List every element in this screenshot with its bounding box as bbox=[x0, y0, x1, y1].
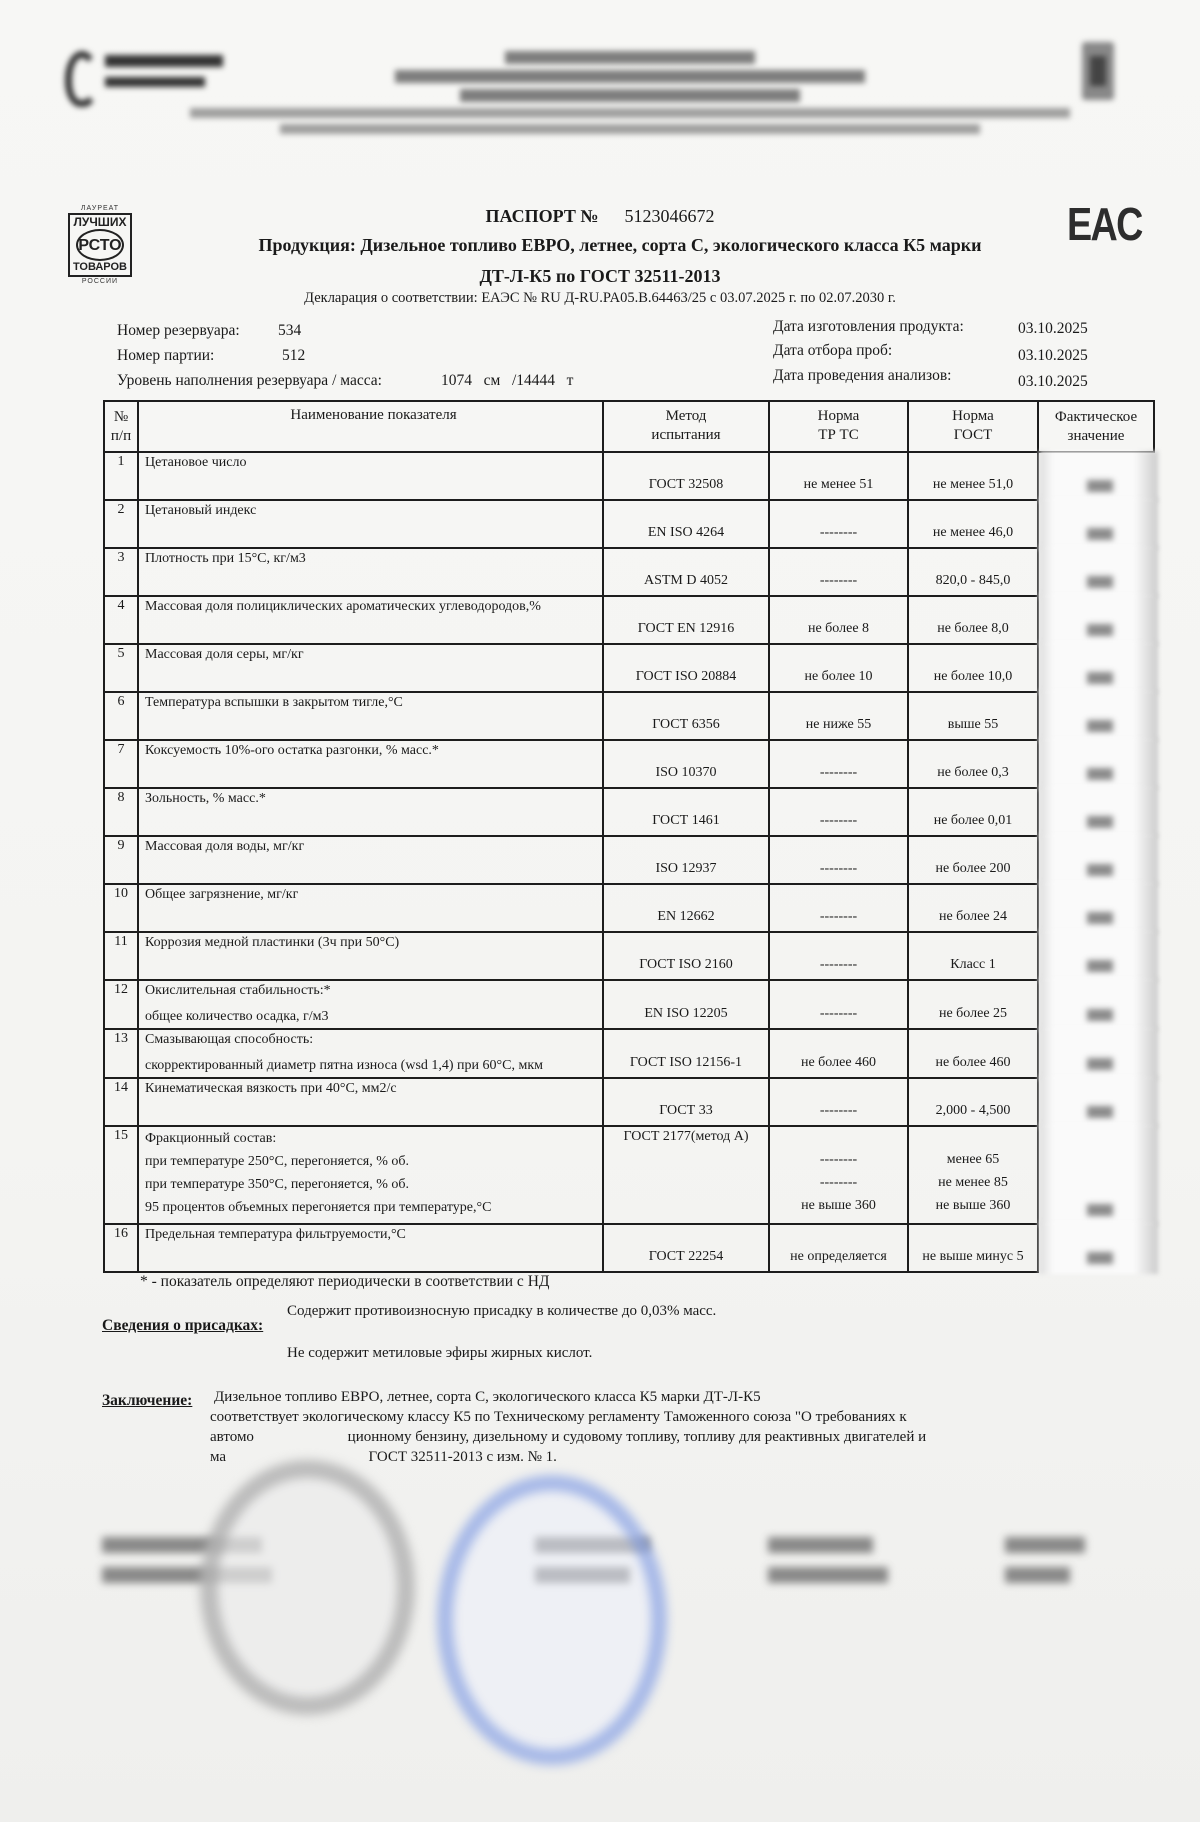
norm-gost: 2,000 - 4,500 bbox=[908, 1078, 1038, 1126]
additives-line1: Содержит противоизносную присадку в коли… bbox=[287, 1303, 716, 1320]
indicator-name: Коррозия медной пластинки (3ч при 50°C) bbox=[138, 932, 603, 980]
indicator-name: Предельная температура фильтруемости,°C bbox=[138, 1224, 603, 1272]
manufacture-date-label: Дата изготовления продукта: bbox=[773, 318, 964, 336]
table-row: 9Массовая доля воды, мг/кгISO 12937-----… bbox=[104, 836, 1154, 884]
conclusion-text: Дизельное топливо ЕВРО, летнее, сорта С,… bbox=[210, 1387, 1030, 1467]
tank-number-value: 534 bbox=[278, 322, 301, 340]
fill-level-value: 1074 см /14444 т bbox=[441, 372, 573, 390]
indicator-name: Цетановый индекс bbox=[138, 500, 603, 548]
norm-gost: Класс 1 bbox=[908, 932, 1038, 980]
test-method: ГОСТ 32508 bbox=[603, 452, 769, 500]
test-method: EN ISO 4264 bbox=[603, 500, 769, 548]
certificate-icon bbox=[1082, 42, 1114, 100]
norm-trts: не более 10 bbox=[769, 644, 908, 692]
issue-date-label bbox=[768, 1537, 873, 1553]
table-row: 1Цетановое числоГОСТ 32508не менее 51не … bbox=[104, 452, 1154, 500]
actual-value-redacted bbox=[1038, 596, 1154, 644]
header-name: Наименование показателя bbox=[138, 401, 603, 452]
table-row: 2Цетановый индексEN ISO 4264--------не м… bbox=[104, 500, 1154, 548]
table-row: 8Зольность, % масс.*ГОСТ 1461--------не … bbox=[104, 788, 1154, 836]
actual-value-redacted bbox=[1038, 1224, 1154, 1272]
row-number: 14 bbox=[104, 1078, 138, 1126]
declaration: Декларация о соответствии: ЕАЭС № RU Д-R… bbox=[0, 290, 1200, 307]
row-number: 13 bbox=[104, 1029, 138, 1078]
indicator-name: Фракционный состав:при температуре 250°C… bbox=[138, 1126, 603, 1224]
results-table: №п/п Наименование показателя Методиспыта… bbox=[103, 400, 1155, 1273]
header-actual-value: Фактическоезначение bbox=[1038, 401, 1154, 452]
header-method: Методиспытания bbox=[603, 401, 769, 452]
norm-trts: не более 8 bbox=[769, 596, 908, 644]
issue-time-label bbox=[768, 1567, 888, 1583]
table-row: 16Предельная температура фильтруемости,°… bbox=[104, 1224, 1154, 1272]
norm-gost: не выше минус 5 bbox=[908, 1224, 1038, 1272]
norm-trts: не менее 51 bbox=[769, 452, 908, 500]
norm-trts: -------- bbox=[769, 548, 908, 596]
batch-number-value: 512 bbox=[282, 347, 305, 365]
test-method: EN 12662 bbox=[603, 884, 769, 932]
actual-value-redacted bbox=[1038, 788, 1154, 836]
row-number: 4 bbox=[104, 596, 138, 644]
test-method: ASTM D 4052 bbox=[603, 548, 769, 596]
table-row: 3Плотность при 15°C, кг/м3ASTM D 4052---… bbox=[104, 548, 1154, 596]
actual-value-redacted bbox=[1038, 932, 1154, 980]
sampling-date-value: 03.10.2025 bbox=[1018, 347, 1088, 365]
indicator-name: Плотность при 15°C, кг/м3 bbox=[138, 548, 603, 596]
norm-gost: не более 200 bbox=[908, 836, 1038, 884]
test-method: ISO 10370 bbox=[603, 740, 769, 788]
actual-value-redacted bbox=[1038, 1126, 1154, 1224]
norm-gost: не менее 51,0 bbox=[908, 452, 1038, 500]
table-row: 15Фракционный состав:при температуре 250… bbox=[104, 1126, 1154, 1224]
actual-value-redacted bbox=[1038, 548, 1154, 596]
indicator-name: Окислительная стабильность:*общее количе… bbox=[138, 980, 603, 1029]
row-number: 12 bbox=[104, 980, 138, 1029]
table-row: 5Массовая доля серы, мг/кгГОСТ ISO 20884… bbox=[104, 644, 1154, 692]
norm-trts: не ниже 55 bbox=[769, 692, 908, 740]
norm-trts: ----------------не выше 360 bbox=[769, 1126, 908, 1224]
norm-trts: -------- bbox=[769, 932, 908, 980]
sampling-date-label: Дата отбора проб: bbox=[773, 342, 892, 360]
norm-trts: -------- bbox=[769, 788, 908, 836]
row-number: 6 bbox=[104, 692, 138, 740]
norm-trts: -------- bbox=[769, 740, 908, 788]
norm-gost: менее 65не менее 85не выше 360 bbox=[908, 1126, 1038, 1224]
test-method: ГОСТ ISO 2160 bbox=[603, 932, 769, 980]
row-number: 10 bbox=[104, 884, 138, 932]
indicator-name: Кинематическая вязкость при 40°C, мм2/с bbox=[138, 1078, 603, 1126]
row-number: 11 bbox=[104, 932, 138, 980]
norm-gost: не более 460 bbox=[908, 1029, 1038, 1078]
blue-stamp bbox=[437, 1475, 667, 1765]
table-row: 6Температура вспышки в закрытом тигле,°C… bbox=[104, 692, 1154, 740]
row-number: 5 bbox=[104, 644, 138, 692]
actual-value-redacted bbox=[1038, 692, 1154, 740]
row-number: 2 bbox=[104, 500, 138, 548]
product-title-line1: Продукция: Дизельное топливо ЕВРО, летне… bbox=[0, 235, 1200, 256]
actual-value-redacted bbox=[1038, 452, 1154, 500]
analysis-date-value: 03.10.2025 bbox=[1018, 373, 1088, 391]
norm-trts: -------- bbox=[769, 884, 908, 932]
table-row: 11Коррозия медной пластинки (3ч при 50°C… bbox=[104, 932, 1154, 980]
batch-number-label: Номер партии: bbox=[117, 347, 214, 365]
norm-gost: не менее 46,0 bbox=[908, 500, 1038, 548]
indicator-name: Смазывающая способность:скорректированны… bbox=[138, 1029, 603, 1078]
actual-value-redacted bbox=[1038, 644, 1154, 692]
letterhead-blurred bbox=[190, 45, 1070, 140]
row-number: 7 bbox=[104, 740, 138, 788]
passport-title: ПАСПОРТ №5123046672 bbox=[0, 206, 1200, 227]
norm-gost: не более 25 bbox=[908, 980, 1038, 1029]
row-number: 9 bbox=[104, 836, 138, 884]
indicator-name: Массовая доля серы, мг/кг bbox=[138, 644, 603, 692]
norm-gost: 820,0 - 845,0 bbox=[908, 548, 1038, 596]
norm-gost: не более 0,3 bbox=[908, 740, 1038, 788]
test-method: ГОСТ 33 bbox=[603, 1078, 769, 1126]
gray-stamp bbox=[200, 1460, 415, 1715]
actual-value-redacted bbox=[1038, 1078, 1154, 1126]
row-number: 1 bbox=[104, 452, 138, 500]
indicator-name: Коксуемость 10%-ого остатка разгонки, % … bbox=[138, 740, 603, 788]
header-norm-trts: НормаТР ТС bbox=[769, 401, 908, 452]
table-row: 12Окислительная стабильность:*общее коли… bbox=[104, 980, 1154, 1029]
norm-trts: не более 460 bbox=[769, 1029, 908, 1078]
test-method: ГОСТ 1461 bbox=[603, 788, 769, 836]
analysis-date-label: Дата проведения анализов: bbox=[773, 367, 951, 385]
issue-date-value bbox=[1005, 1537, 1085, 1553]
test-method: ГОСТ 22254 bbox=[603, 1224, 769, 1272]
norm-trts: не определяется bbox=[769, 1224, 908, 1272]
table-row: 7Коксуемость 10%-ого остатка разгонки, %… bbox=[104, 740, 1154, 788]
test-method: ISO 12937 bbox=[603, 836, 769, 884]
fill-level-label: Уровень наполнения резервуара / масса: bbox=[117, 372, 382, 390]
passport-page: ЛАУРЕАТ ЛУЧШИХ РСТО ТОВАРОВ РОССИИ EAC П… bbox=[0, 0, 1200, 1822]
conclusion-label: Заключение: bbox=[102, 1392, 192, 1410]
actual-value-redacted bbox=[1038, 836, 1154, 884]
product-title-line2: ДТ-Л-К5 по ГОСТ 32511-2013 bbox=[0, 266, 1200, 287]
indicator-name: Цетановое число bbox=[138, 452, 603, 500]
actual-value-redacted bbox=[1038, 1029, 1154, 1078]
norm-trts: -------- bbox=[769, 980, 908, 1029]
test-method: ГОСТ 6356 bbox=[603, 692, 769, 740]
tank-number-label: Номер резервуара: bbox=[117, 322, 240, 340]
test-method: ГОСТ 2177(метод А) bbox=[603, 1126, 769, 1224]
norm-trts: -------- bbox=[769, 836, 908, 884]
manufacture-date-value: 03.10.2025 bbox=[1018, 320, 1088, 338]
issue-time-value bbox=[1005, 1567, 1070, 1583]
indicator-name: Массовая доля полициклических ароматичес… bbox=[138, 596, 603, 644]
actual-value-redacted bbox=[1038, 884, 1154, 932]
test-method: ГОСТ EN 12916 bbox=[603, 596, 769, 644]
table-header-row: №п/п Наименование показателя Методиспыта… bbox=[104, 401, 1154, 452]
norm-gost: не более 24 bbox=[908, 884, 1038, 932]
test-method: ГОСТ ISO 20884 bbox=[603, 644, 769, 692]
table-row: 4Массовая доля полициклических ароматиче… bbox=[104, 596, 1154, 644]
table-row: 10Общее загрязнение, мг/кгEN 12662------… bbox=[104, 884, 1154, 932]
row-number: 16 bbox=[104, 1224, 138, 1272]
norm-gost: не более 8,0 bbox=[908, 596, 1038, 644]
norm-gost: не более 10,0 bbox=[908, 644, 1038, 692]
indicator-name: Зольность, % масс.* bbox=[138, 788, 603, 836]
indicator-name: Массовая доля воды, мг/кг bbox=[138, 836, 603, 884]
row-number: 15 bbox=[104, 1126, 138, 1224]
actual-value-redacted bbox=[1038, 740, 1154, 788]
norm-trts: -------- bbox=[769, 500, 908, 548]
row-number: 8 bbox=[104, 788, 138, 836]
indicator-name: Температура вспышки в закрытом тигле,°C bbox=[138, 692, 603, 740]
row-number: 3 bbox=[104, 548, 138, 596]
actual-value-redacted bbox=[1038, 500, 1154, 548]
norm-gost: не более 0,01 bbox=[908, 788, 1038, 836]
norm-trts: -------- bbox=[769, 1078, 908, 1126]
indicator-name: Общее загрязнение, мг/кг bbox=[138, 884, 603, 932]
additives-line2: Не содержит метиловые эфиры жирных кисло… bbox=[287, 1345, 592, 1362]
header-no: №п/п bbox=[104, 401, 138, 452]
actual-value-redacted bbox=[1038, 980, 1154, 1029]
table-row: 13Смазывающая способность:скорректирован… bbox=[104, 1029, 1154, 1078]
test-method: EN ISO 12205 bbox=[603, 980, 769, 1029]
header-norm-gost: НормаГОСТ bbox=[908, 401, 1038, 452]
additives-label: Сведения о присадках: bbox=[102, 1317, 263, 1335]
table-row: 14Кинематическая вязкость при 40°C, мм2/… bbox=[104, 1078, 1154, 1126]
norm-gost: выше 55 bbox=[908, 692, 1038, 740]
passport-number: 5123046672 bbox=[624, 206, 714, 226]
footnote: * - показатель определяют периодически в… bbox=[140, 1273, 549, 1291]
test-method: ГОСТ ISO 12156-1 bbox=[603, 1029, 769, 1078]
